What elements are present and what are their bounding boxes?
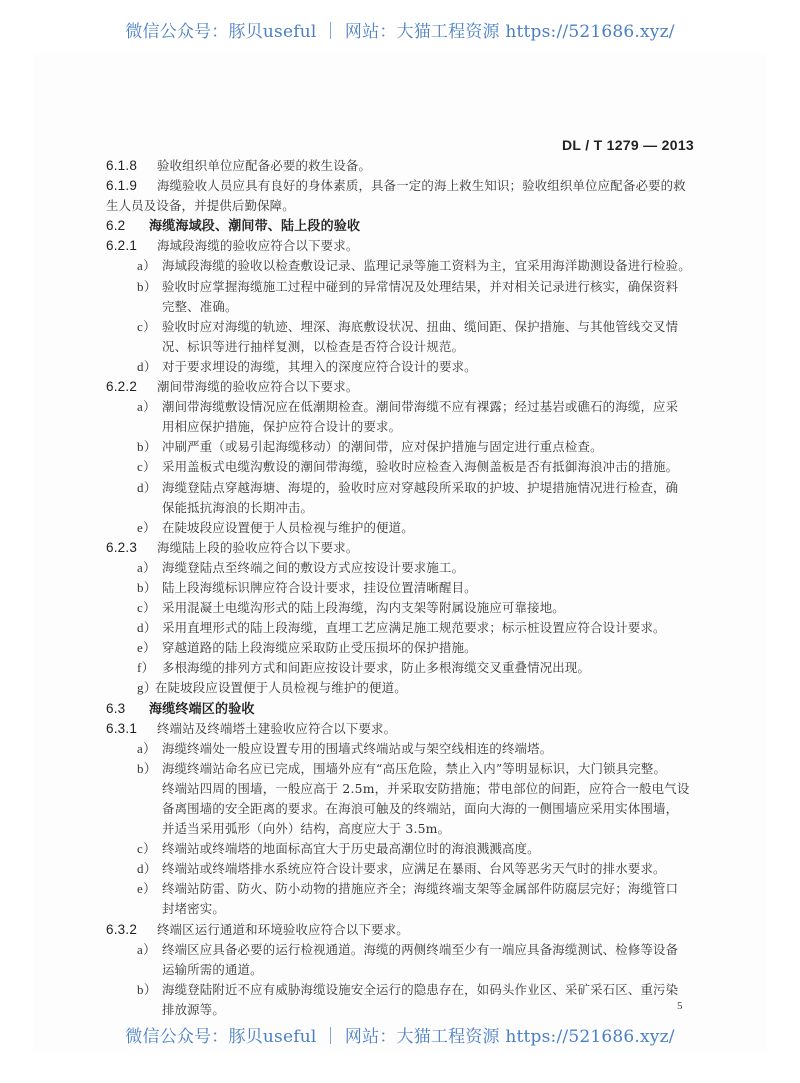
watermark-bottom: 微信公众号：豚贝useful ｜ 网站：大猫工程资源 https://52168… xyxy=(0,1022,800,1047)
section-heading-6-3: 6.3海缆终端区的验收 xyxy=(106,699,694,719)
list-item: a）海缆终端处一般应设置专用的围墙式终端站或与架空线相连的终端塔。 xyxy=(106,739,694,759)
clause-6-2-2: 6.2.2潮间带海缆的验收应符合以下要求。 xyxy=(106,377,694,397)
item-text: 海缆终端处一般应设置专用的围墙式终端站或与架空线相连的终端塔。 xyxy=(162,741,552,756)
section-title: 海缆终端区的验收 xyxy=(149,701,255,716)
item-marker: a） xyxy=(137,558,162,578)
item-text: 穿越道路的陆上段海缆应采取防止受压损坏的保护措施。 xyxy=(162,640,477,655)
item-marker: b） xyxy=(137,980,162,1000)
item-text: 海缆登陆点至终端之间的敷设方式应按设计要求施工。 xyxy=(162,560,464,575)
list-item-continued: 完整、准确。 xyxy=(106,297,694,317)
item-text: 采用混凝土电缆沟形式的陆上段海缆，沟内支架等附属设施应可靠接地。 xyxy=(162,600,565,615)
section-heading-6-2: 6.2海缆海域段、潮间带、陆上段的验收 xyxy=(106,216,694,236)
item-marker: g） xyxy=(137,678,155,698)
item-text: 在陡坡段应设置便于人员检视与维护的便道。 xyxy=(162,520,414,535)
section-number: 6.2 xyxy=(106,216,149,236)
clause-text: 潮间带海缆的验收应符合以下要求。 xyxy=(157,379,358,394)
item-text: 海缆终端站命名应已完成，围墙外应有“高压危险，禁止入内”等明显标识，大门锁具完整… xyxy=(162,761,666,776)
list-item: e）终端站防雷、防火、防小动物的措施应齐全；海缆终端支架等金属部件防腐层完好；海… xyxy=(106,879,694,899)
list-item-continued: 保能抵抗海浪的长期冲击。 xyxy=(106,498,694,518)
item-marker: a） xyxy=(137,397,162,417)
list-item-continued: 排放源等。 xyxy=(106,1000,694,1020)
page-number: 5 xyxy=(677,1000,683,1012)
item-marker: e） xyxy=(137,638,162,658)
clause-number: 6.1.8 xyxy=(106,156,157,176)
clause-number: 6.1.9 xyxy=(106,176,157,196)
clause-text: 海域段海缆的验收应符合以下要求。 xyxy=(157,238,358,253)
item-marker: e） xyxy=(137,879,162,899)
item-text: 验收时应掌握海缆施工过程中碰到的异常情况及处理结果，并对相关记录进行核实，确保资… xyxy=(162,279,678,294)
item-marker: c） xyxy=(137,598,162,618)
item-text: 终端区应具备必要的运行检视通道。海缆的两侧终端至少有一端应具备海缆测试、检修等设… xyxy=(162,942,678,957)
list-item-continued: 备离围墙的安全距离的要求。在海浪可触及的终端站，面向大海的一侧围墙应采用实体围墙… xyxy=(106,799,694,819)
item-text: 多根海缆的排列方式和间距应按设计要求，防止多根海缆交叉重叠情况出现。 xyxy=(162,660,590,675)
list-item: b）海缆登陆附近不应有威胁海缆设施安全运行的隐患存在，如码头作业区、采矿采石区、… xyxy=(106,980,694,1000)
list-item: e）在陡坡段应设置便于人员检视与维护的便道。 xyxy=(106,518,694,538)
list-item: b）海缆终端站命名应已完成，围墙外应有“高压危险，禁止入内”等明显标识，大门锁具… xyxy=(106,759,694,779)
list-item-continued: 终端站四周的围墙，一般应高于 2.5m，并采取安防措施；带电部位的间距，应符合一… xyxy=(106,779,694,799)
item-marker: b） xyxy=(137,759,162,779)
clause-6-2-3: 6.2.3海缆陆上段的验收应符合以下要求。 xyxy=(106,538,694,558)
clause-6-3-2: 6.3.2终端区运行通道和环境验收应符合以下要求。 xyxy=(106,920,694,940)
clause-number: 6.2.2 xyxy=(106,377,157,397)
clause-text: 海缆陆上段的验收应符合以下要求。 xyxy=(157,540,358,555)
clause-text: 海缆验收人员应具有良好的身体素质，具备一定的海上救生知识；验收组织单位应配备必要… xyxy=(157,178,686,193)
clause-text: 终端区运行通道和环境验收应符合以下要求。 xyxy=(157,922,409,937)
list-item-continued: 封堵密实。 xyxy=(106,899,694,919)
clause-6-2-1: 6.2.1海域段海缆的验收应符合以下要求。 xyxy=(106,236,694,256)
list-item: d）对于要求埋设的海缆，其埋入的深度应符合设计的要求。 xyxy=(106,357,694,377)
item-text: 验收时应对海缆的轨迹、埋深、海底敷设状况、扭曲、缆间距、保护措施、与其他管线交叉… xyxy=(162,319,678,334)
item-marker: d） xyxy=(137,859,162,879)
list-item: b）验收时应掌握海缆施工过程中碰到的异常情况及处理结果，并对相关记录进行核实，确… xyxy=(106,277,694,297)
list-item: d）海缆登陆点穿越海塘、海堤的，验收时应对穿越段所采取的护坡、护堤措施情况进行检… xyxy=(106,478,694,498)
list-item: c）验收时应对海缆的轨迹、埋深、海底敷设状况、扭曲、缆间距、保护措施、与其他管线… xyxy=(106,317,694,337)
clause-text: 验收组织单位应配备必要的救生设备。 xyxy=(157,158,371,173)
clause-number: 6.3.2 xyxy=(106,920,157,940)
item-text: 采用盖板式电缆沟敷设的潮间带海缆，验收时应检查入海侧盖板是否有抵御海浪冲击的措施… xyxy=(162,459,678,474)
list-item: c）采用混凝土电缆沟形式的陆上段海缆，沟内支架等附属设施应可靠接地。 xyxy=(106,598,694,618)
list-item-continued: 运输所需的通道。 xyxy=(106,960,694,980)
item-text: 海域段海缆的验收以检查敷设记录、监理记录等施工资料为主，宜采用海洋勘测设备进行检… xyxy=(162,258,691,273)
item-text: 陆上段海缆标识牌应符合设计要求，挂设位置清晰醒目。 xyxy=(162,580,477,595)
item-marker: f） xyxy=(137,658,162,678)
item-text: 海缆登陆点穿越海塘、海堤的，验收时应对穿越段所采取的护坡、护堤措施情况进行检查，… xyxy=(162,480,678,495)
clause-number: 6.2.1 xyxy=(106,236,157,256)
item-marker: c） xyxy=(137,457,162,477)
clause-6-1-9: 6.1.9海缆验收人员应具有良好的身体素质，具备一定的海上救生知识；验收组织单位… xyxy=(106,176,694,196)
clause-number: 6.3.1 xyxy=(106,719,157,739)
item-marker: a） xyxy=(137,739,162,759)
item-marker: c） xyxy=(137,839,162,859)
section-title: 海缆海域段、潮间带、陆上段的验收 xyxy=(149,218,360,233)
standard-code: DL / T 1279 — 2013 xyxy=(562,137,694,153)
item-text: 对于要求埋设的海缆，其埋入的深度应符合设计的要求。 xyxy=(162,359,477,374)
item-text: 海缆登陆附近不应有威胁海缆设施安全运行的隐患存在，如码头作业区、采矿采石区、重污… xyxy=(162,982,678,997)
item-marker: c） xyxy=(137,317,162,337)
list-item: a）潮间带海缆敷设情况应在低潮期检查。潮间带海缆不应有裸露；经过基岩或礁石的海缆… xyxy=(106,397,694,417)
list-item: b）陆上段海缆标识牌应符合设计要求，挂设位置清晰醒目。 xyxy=(106,578,694,598)
item-text: 冲刷严重（或易引起海缆移动）的潮间带，应对保护措施与固定进行重点检查。 xyxy=(162,439,603,454)
item-marker: b） xyxy=(137,437,162,457)
list-item-continued: 并适当采用弧形（向外）结构，高度应大于 3.5m。 xyxy=(106,819,694,839)
list-item: g）在陡坡段应设置便于人员检视与维护的便道。 xyxy=(106,678,694,698)
section-number: 6.3 xyxy=(106,699,149,719)
item-marker: a） xyxy=(137,940,162,960)
clause-number: 6.2.3 xyxy=(106,538,157,558)
item-marker: a） xyxy=(137,256,162,276)
clause-6-3-1: 6.3.1终端站及终端塔土建验收应符合以下要求。 xyxy=(106,719,694,739)
list-item: f）多根海缆的排列方式和间距应按设计要求，防止多根海缆交叉重叠情况出现。 xyxy=(106,658,694,678)
item-text: 终端站或终端塔排水系统应符合设计要求，应满足在暴雨、台风等恶劣天气时的排水要求。 xyxy=(162,861,666,876)
list-item-continued: 用相应保护措施，保护应符合设计的要求。 xyxy=(106,417,694,437)
item-marker: d） xyxy=(137,478,162,498)
list-item: a）海域段海缆的验收以检查敷设记录、监理记录等施工资料为主，宜采用海洋勘测设备进… xyxy=(106,256,694,276)
item-text: 终端站或终端塔的地面标高宜大于历史最高潮位时的海浪溅溅高度。 xyxy=(162,841,540,856)
watermark-top: 微信公众号：豚贝useful ｜ 网站：大猫工程资源 https://52168… xyxy=(0,17,800,42)
list-item: a）海缆登陆点至终端之间的敷设方式应按设计要求施工。 xyxy=(106,558,694,578)
item-marker: e） xyxy=(137,518,162,538)
item-text: 潮间带海缆敷设情况应在低潮期检查。潮间带海缆不应有裸露；经过基岩或礁石的海缆，应… xyxy=(162,399,678,414)
list-item: a）终端区应具备必要的运行检视通道。海缆的两侧终端至少有一端应具备海缆测试、检修… xyxy=(106,940,694,960)
list-item: c）终端站或终端塔的地面标高宜大于历史最高潮位时的海浪溅溅高度。 xyxy=(106,839,694,859)
item-text: 终端站防雷、防火、防小动物的措施应齐全；海缆终端支架等金属部件防腐层完好；海缆管… xyxy=(162,881,678,896)
clause-6-1-9-continued: 生人员及设备，并提供后勤保障。 xyxy=(106,196,694,216)
list-item-continued: 况、标识等进行抽样复测，以检查是否符合设计规范。 xyxy=(106,337,694,357)
document-body: 6.1.8验收组织单位应配备必要的救生设备。 6.1.9海缆验收人员应具有良好的… xyxy=(106,156,694,1020)
list-item: d）采用直埋形式的陆上段海缆，直埋工艺应满足施工规范要求；标示桩设置应符合设计要… xyxy=(106,618,694,638)
item-marker: d） xyxy=(137,618,162,638)
item-text: 采用直埋形式的陆上段海缆，直埋工艺应满足施工规范要求；标示桩设置应符合设计要求。 xyxy=(162,620,666,635)
clause-text: 终端站及终端塔土建验收应符合以下要求。 xyxy=(157,721,396,736)
item-marker: d） xyxy=(137,357,162,377)
list-item: c）采用盖板式电缆沟敷设的潮间带海缆，验收时应检查入海侧盖板是否有抵御海浪冲击的… xyxy=(106,457,694,477)
item-marker: b） xyxy=(137,578,162,598)
list-item: b）冲刷严重（或易引起海缆移动）的潮间带，应对保护措施与固定进行重点检查。 xyxy=(106,437,694,457)
item-marker: b） xyxy=(137,277,162,297)
list-item: e）穿越道路的陆上段海缆应采取防止受压损坏的保护措施。 xyxy=(106,638,694,658)
list-item: d）终端站或终端塔排水系统应符合设计要求，应满足在暴雨、台风等恶劣天气时的排水要… xyxy=(106,859,694,879)
clause-6-1-8: 6.1.8验收组织单位应配备必要的救生设备。 xyxy=(106,156,694,176)
item-text: 在陡坡段应设置便于人员检视与维护的便道。 xyxy=(155,680,407,695)
